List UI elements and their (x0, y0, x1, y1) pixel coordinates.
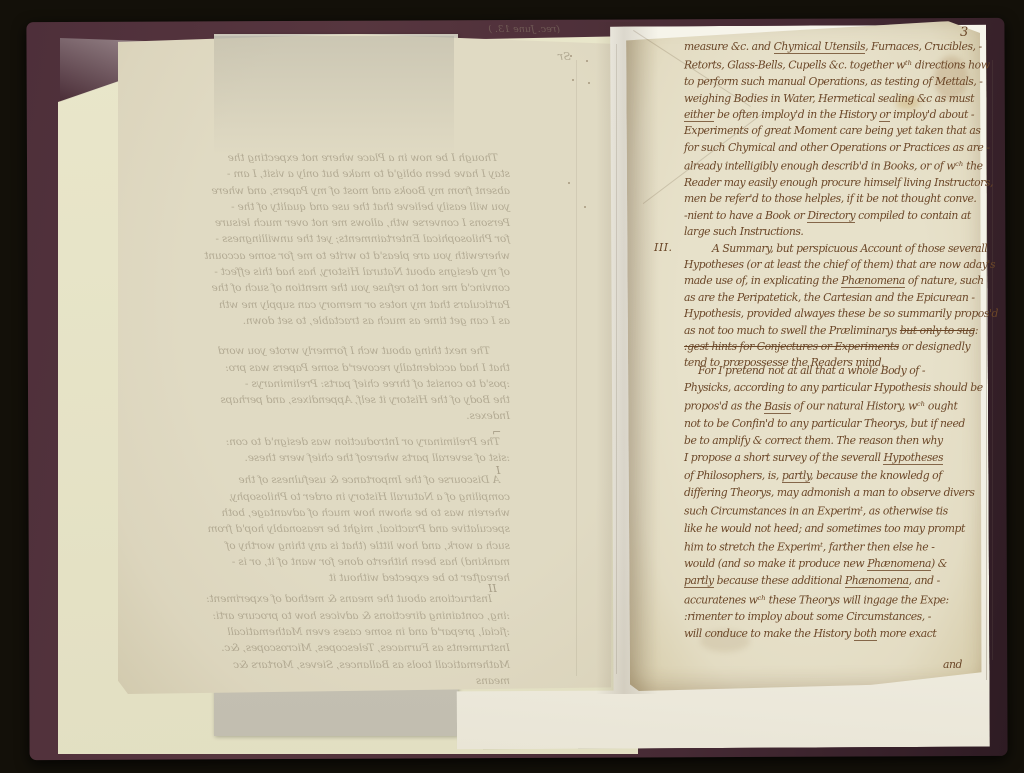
manuscript-line: A Discourse of the Importance & usefulne… (156, 472, 510, 488)
manuscript-line: as are the Peripatetick, the Cartesian a… (684, 290, 976, 306)
manuscript-line: differing Theorys, may admonish a man to… (684, 484, 976, 501)
bleedthrough-paragraph: Instructions about the means & method of… (156, 591, 510, 689)
manuscript-line: measure &c. and Chymical Utensils, Furna… (684, 39, 976, 55)
mirrored-margin-mark: II (488, 582, 497, 595)
manuscript-line: Retorts, Glass-Bells, Cupells &c. togeth… (684, 55, 976, 74)
manuscript-line: as I can get time as much as tractable, … (156, 313, 510, 329)
pin-mark (586, 60, 588, 62)
manuscript-line: :pos'd to consist of three chief parts: … (156, 376, 510, 392)
pin-mark (568, 182, 570, 184)
bleedthrough-paragraph: The Preliminary or Introduction was desi… (156, 434, 510, 467)
manuscript-line: Persons I converse wth, allows me not ov… (156, 215, 510, 231)
manuscript-line: speculative and Practical, might be reas… (156, 521, 510, 537)
manuscript-line: such a work, and how little (that is any… (156, 538, 510, 554)
page-edge-line (986, 40, 987, 680)
right-page-text-block-1: measure &c. and Chymical Utensils, Furna… (684, 39, 976, 372)
photograph-of-open-manuscript: (rec. June 13. ) Sr Though I be now in a… (0, 0, 1024, 773)
mirrored-margin-mark: I (496, 464, 500, 477)
manuscript-line: will conduce to make the History both mo… (684, 625, 976, 642)
manuscript-line: Indexes. (156, 408, 510, 424)
manuscript-line: propos'd as the Basis of our natural His… (684, 396, 976, 415)
manuscript-line: :sist of severall parts whereof the chie… (156, 450, 510, 466)
manuscript-line: the Body of the History it self, Appendi… (156, 392, 510, 408)
manuscript-line: Mathematicall tools as Ballances, Sieves… (156, 657, 510, 673)
manuscript-line: :ing, containing directions & advices ho… (156, 608, 510, 624)
manuscript-line: him to stretch the Experimt, farther the… (684, 537, 976, 556)
mirrored-salutation: Sr (558, 50, 571, 63)
manuscript-line: either be often imploy'd in the History … (684, 107, 976, 123)
manuscript-line: would (and so make it produce new Phænom… (684, 555, 976, 572)
manuscript-line: Reader may easily enough procure himself… (684, 175, 976, 191)
manuscript-line: as not too much to swell the Præliminary… (684, 323, 976, 339)
manuscript-line: that I had accidentally recover'd some P… (156, 360, 510, 376)
manuscript-line: for Philosophical Entertainments; yet th… (156, 231, 510, 247)
manuscript-line: The Preliminary or Introduction was desi… (156, 434, 510, 450)
pin-mark (572, 79, 574, 81)
bleedthrough-paragraph: Though I be now in a Place where not exp… (156, 150, 510, 329)
page-edge-line (992, 60, 993, 660)
manuscript-line: not to be Confin'd to any particular The… (684, 415, 976, 432)
pin-mark (584, 206, 586, 208)
left-leaf-vertical-crease (576, 60, 577, 676)
manuscript-line: :gest hints for Conjectures or Experimen… (684, 339, 976, 355)
manuscript-line: Hypothesis, provided alwayes these be so… (684, 306, 976, 322)
manuscript-line: wherewith you are pleas'd to write to me… (156, 248, 510, 264)
manuscript-line: The next thing about wch I formerly wrot… (156, 343, 510, 359)
gutter-leaf-edge (616, 44, 617, 674)
manuscript-line: accuratenes wch these Theorys will ingag… (684, 590, 976, 609)
manuscript-line: men be refer'd to those helples, if it b… (684, 191, 976, 207)
pin-mark (588, 82, 590, 84)
manuscript-line: Hypotheses (or at least the chief of the… (684, 257, 976, 273)
manuscript-line: :rimenter to imploy about some Circumsta… (684, 608, 976, 625)
folio-number: 3 (960, 25, 968, 40)
manuscript-line: Instructions about the means & method of… (156, 591, 510, 607)
manuscript-line: like he would not heed; and sometimes to… (684, 520, 976, 537)
manuscript-line: hereafter to be expected without it (156, 570, 510, 586)
manuscript-line: stay I have been oblig'd to make but onl… (156, 166, 510, 182)
manuscript-line: you will easily believe that the use and… (156, 199, 510, 215)
manuscript-line: Instruments as Furnaces, Telescopes, Mic… (156, 640, 510, 656)
manuscript-line: mankind) has been hitherto done for want… (156, 554, 510, 570)
manuscript-line: Particulars that my notes or memory can … (156, 297, 510, 313)
manuscript-line: of my designs about Natural History, has… (156, 264, 510, 280)
right-page-text-block-2: For I pretend not at all that a whole Bo… (684, 362, 976, 673)
manuscript-line: :ficial, prepar'd and in some cases even… (156, 624, 510, 640)
bleedthrough-paragraph: The next thing about wch I formerly wrot… (156, 343, 510, 424)
manuscript-line: Experiments of great Moment care being y… (684, 123, 976, 139)
manuscript-line: be to amplify & correct them. The reason… (684, 432, 976, 449)
bleedthrough-paragraph: A Discourse of the Importance & usefulne… (156, 472, 510, 586)
manuscript-line: I propose a short survey of the severall… (684, 449, 976, 466)
mirrored-bleedthrough-text: Though I be now in a Place where not exp… (156, 150, 510, 689)
manuscript-line: for such Chymical and other Operations o… (684, 140, 976, 156)
manuscript-line: -nient to have a Book or Directory compi… (684, 208, 976, 224)
manuscript-line: For I pretend not at all that a whole Bo… (684, 362, 976, 379)
mirrored-endorsement-note: (rec. June 13. ) (300, 24, 560, 35)
manuscript-line: made use of, in explicating the Phænomen… (684, 273, 976, 289)
manuscript-line: compiling of a Naturall History in order… (156, 489, 510, 505)
manuscript-line: wherein was to be shown how much of adva… (156, 505, 510, 521)
manuscript-line: weighing Bodies in Water, Hermetical sea… (684, 91, 976, 107)
manuscript-line: A Summary, but perspicuous Account of th… (684, 241, 976, 257)
manuscript-line: large such Instructions. (684, 224, 976, 240)
manuscript-line: already intelligibly enough describ'd in… (684, 156, 976, 175)
manuscript-line: of Philosophers, is, partly, because the… (684, 467, 976, 484)
mirrored-margin-mark: ¬ (492, 426, 501, 439)
manuscript-line: Though I be now in a Place where not exp… (156, 150, 510, 166)
manuscript-line: to perform such manual Operations, as te… (684, 74, 976, 90)
manuscript-line: means (156, 673, 510, 689)
section-iii-marker: III. (654, 241, 673, 254)
catchword: and (684, 656, 976, 673)
manuscript-line: absent from my Books and most of my Pape… (156, 183, 510, 199)
manuscript-line: such Circumstances in an Experimt, as ot… (684, 501, 976, 520)
manuscript-line: partly because these additional Phænomen… (684, 572, 976, 589)
manuscript-line: Physicks, according to any particular Hy… (684, 379, 976, 396)
manuscript-line: convinc'd me not to refuse you the menti… (156, 280, 510, 296)
